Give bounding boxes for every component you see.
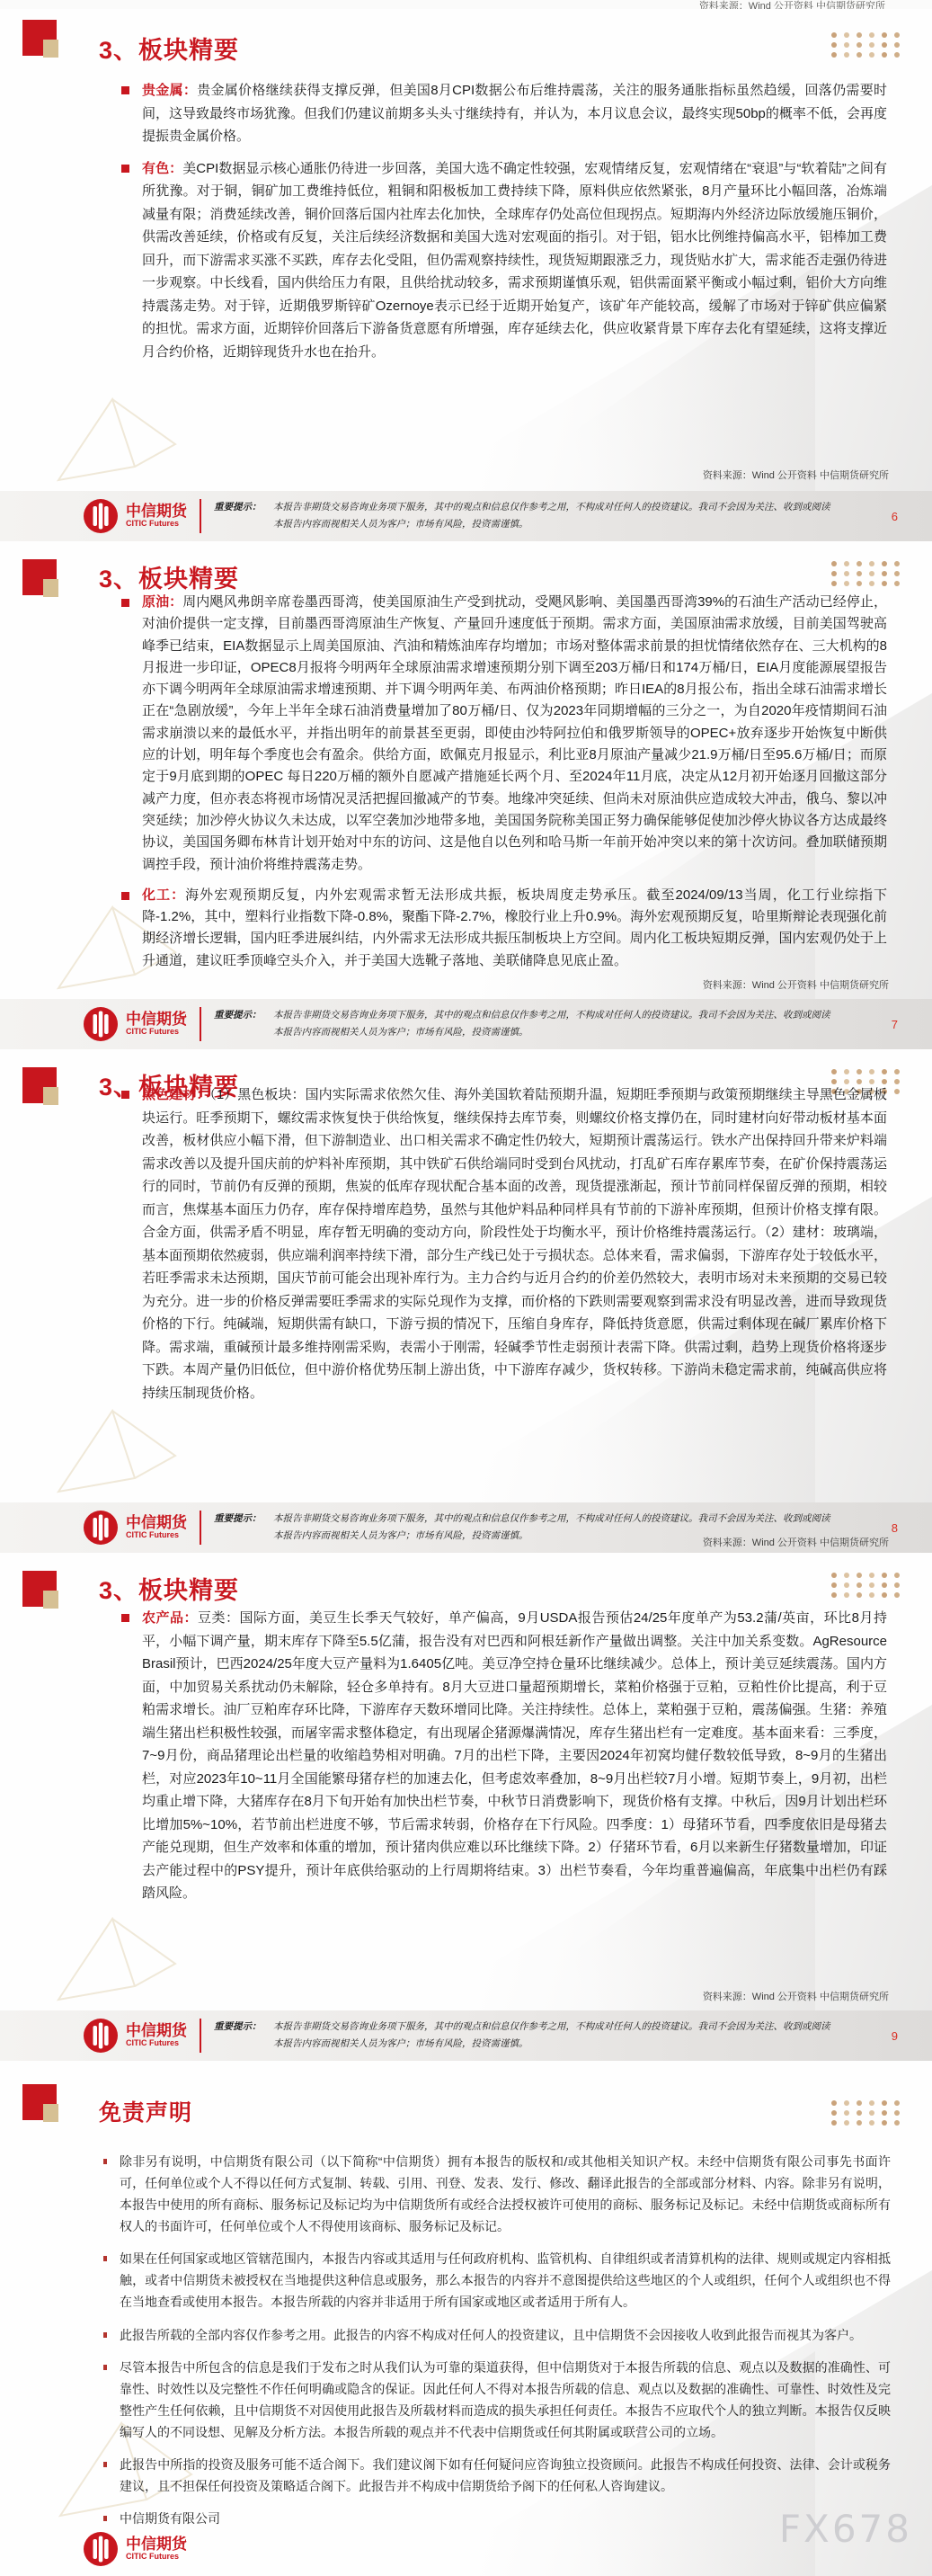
disclaimer-item: 中信期货有限公司	[99, 2508, 891, 2529]
source-note: 资料来源：Wind 公开资料 中信期货研究所	[699, 0, 885, 9]
disclaimer-item: 此报告所载的全部内容仅作参考之用。此报告的内容不构成对任何人的投资建议，且中信期…	[99, 2324, 891, 2346]
dots-decoration	[831, 561, 901, 587]
page-number: 9	[892, 2029, 898, 2043]
bullet-dot-icon	[103, 2462, 107, 2467]
disclaimer-item: 如果在任何国家或地区管辖范围内，本报告内容或其适用与任何政府机构、监管机构、自律…	[99, 2248, 891, 2313]
bullet-square-icon	[121, 599, 129, 607]
logo-text-en: CITIC Futures	[126, 1028, 187, 1036]
cropped-previous-slide-edge: 资料来源：Wind 公开资料 中信期货研究所	[0, 0, 932, 9]
citic-futures-logo: 中信期货 CITIC Futures	[83, 1006, 187, 1042]
disclaimer-item: 此报告中所指的投资及服务可能不适合阁下。我们建议阁下如有任何疑问应咨询独立投资顾…	[99, 2454, 891, 2497]
slide-sector-summary-energy: 3、板块精要 原油：周内飓风弗朗辛席卷墨西哥湾，使美国原油生产受到扰动，受飓风影…	[0, 548, 932, 1056]
logo-text-cn: 中信期货	[126, 1515, 187, 1531]
tan-square-decoration	[43, 579, 58, 597]
bullet-ferrous-building-materials: 黑色建材：（1）黑色板块：国内实际需求依然欠佳、海外美国软着陆预期升温，短期旺季…	[121, 1083, 887, 1404]
page-number: 6	[892, 510, 898, 523]
slide-body: 贵金属：贵金属价格继续获得支撑反弹，但美国8月CPI数据公布后维持震荡，关注的服…	[121, 79, 887, 372]
slide-sector-summary-metals: 3、板块精要 贵金属：贵金属价格继续获得支撑反弹，但美国8月CPI数据公布后维持…	[0, 9, 932, 548]
source-note: 资料来源：Wind 公开资料 中信期货研究所	[703, 468, 889, 482]
footer-divider	[200, 499, 201, 533]
bullet-dot-icon	[103, 2256, 107, 2261]
page-title: 3、板块精要	[99, 559, 239, 594]
dots-decoration	[831, 1573, 901, 1599]
disclaimer-item: 尽管本报告中所包含的信息是我们于发布之时从我们认为可靠的渠道获得，但中信期货对于…	[99, 2357, 891, 2443]
source-note: 资料来源：Wind 公开资料 中信期货研究所	[703, 1989, 889, 2003]
bullet-precious-metals: 贵金属：贵金属价格继续获得支撑反弹，但美国8月CPI数据公布后维持震荡，关注的服…	[121, 79, 887, 148]
slide-body: 原油：周内飓风弗朗辛席卷墨西哥湾，使美国原油生产受到扰动，受飓风影响、美国墨西哥…	[121, 592, 887, 981]
bullet-dot-icon	[103, 2159, 107, 2164]
footer-notice: 重要提示： 本报告非期货交易咨询业务项下服务，其中的观点和信息仅作参考之用，不构…	[214, 1007, 877, 1042]
citic-logo-icon	[83, 1510, 119, 1546]
tan-square-decoration	[43, 1591, 58, 1609]
dots-decoration	[831, 32, 901, 58]
bullet-dot-icon	[103, 2365, 107, 2370]
page-title: 3、板块精要	[99, 31, 239, 66]
logo-text-en: CITIC Futures	[126, 2039, 187, 2047]
citic-logo-icon	[83, 2018, 119, 2054]
bullet-agricultural-products: 农产品：豆类：国际方面，美豆生长季天气较好，单产偏高，9月USDA报告预估24/…	[121, 1607, 887, 1905]
slide-footer: 中信期货 CITIC Futures 重要提示： 本报告非期货交易咨询业务项下服…	[0, 2010, 932, 2061]
bullet-square-icon	[121, 1614, 129, 1622]
page-title: 3、板块精要	[99, 1571, 239, 1606]
tan-square-decoration	[43, 2104, 58, 2122]
bullet-square-icon	[121, 86, 129, 94]
fx678-watermark: FX678	[779, 2507, 912, 2551]
slide-body: 农产品：豆类：国际方面，美豆生长季天气较好，单产偏高，9月USDA报告预估24/…	[121, 1607, 887, 1914]
footer-notice: 重要提示： 本报告非期货交易咨询业务项下服务，其中的观点和信息仅作参考之用，不构…	[214, 499, 877, 534]
slide-footer: 中信期货 CITIC Futures 重要提示： 本报告非期货交易咨询业务项下服…	[0, 999, 932, 1049]
bullet-chemicals: 化工：海外宏观预期反复，内外宏观需求暂无法形成共振，板块周度走势承压。截至202…	[121, 885, 887, 972]
slide-footer: 中信期货 CITIC Futures 重要提示： 本报告非期货交易咨询业务项下服…	[0, 491, 932, 541]
logo-text-en: CITIC Futures	[126, 520, 187, 528]
origami-plane-decoration	[49, 1901, 184, 2009]
logo-text-cn: 中信期货	[126, 1012, 187, 1028]
logo-text-cn: 中信期货	[126, 504, 187, 520]
tan-square-decoration	[43, 40, 58, 58]
citic-futures-logo: 中信期货 CITIC Futures	[83, 2531, 187, 2567]
slide-sector-summary-ferrous: 3、板块精要 黑色建材：（1）黑色板块：国内实际需求依然欠佳、海外美国软着陆预期…	[0, 1056, 932, 1560]
dots-decoration	[831, 2100, 901, 2126]
citic-logo-icon	[83, 1006, 119, 1042]
slide-body: 黑色建材：（1）黑色板块：国内实际需求依然欠佳、海外美国软着陆预期升温，短期旺季…	[121, 1083, 887, 1413]
citic-logo-icon	[83, 498, 119, 534]
logo-text-en: CITIC Futures	[126, 2553, 187, 2561]
slide-sector-summary-agriculture: 3、板块精要 农产品：豆类：国际方面，美豆生长季天气较好，单产偏高，9月USDA…	[0, 1560, 932, 2068]
tan-square-decoration	[43, 1087, 58, 1105]
bullet-nonferrous: 有色：美CPI数据显示核心通胀仍待进一步回落，美国大选不确定性较强，宏观情绪反复…	[121, 157, 887, 364]
citic-futures-logo: 中信期货 CITIC Futures	[83, 1510, 187, 1546]
footer-divider	[200, 1007, 201, 1041]
page-number: 8	[892, 1521, 898, 1535]
footer-divider	[200, 2019, 201, 2053]
disclaimer-item: 除非另有说明，中信期货有限公司（以下简称“中信期货）拥有本报告的版权和/或其他相…	[99, 2151, 891, 2237]
slide-disclaimer: 免责声明 除非另有说明，中信期货有限公司（以下简称“中信期货）拥有本报告的版权和…	[0, 2068, 932, 2576]
bullet-dot-icon	[103, 2332, 107, 2338]
logo-text-cn: 中信期货	[126, 2536, 187, 2553]
report-page: 资料来源：Wind 公开资料 中信期货研究所 3、板块精要 贵金属：贵金属价格继…	[0, 0, 932, 2576]
bullet-dot-icon	[103, 2516, 107, 2521]
footer-notice: 重要提示： 本报告非期货交易咨询业务项下服务，其中的观点和信息仅作参考之用，不构…	[214, 2019, 877, 2054]
citic-futures-logo: 中信期货 CITIC Futures	[83, 498, 187, 534]
page-number: 7	[892, 1018, 898, 1031]
logo-text-en: CITIC Futures	[126, 1531, 187, 1539]
bullet-square-icon	[121, 892, 129, 900]
disclaimer-title: 免责声明	[99, 2095, 192, 2127]
citic-logo-icon	[83, 2531, 119, 2567]
source-note: 资料来源：Wind 公开资料 中信期货研究所	[703, 977, 889, 992]
bullet-square-icon	[121, 1091, 129, 1099]
origami-plane-decoration	[49, 381, 184, 489]
source-note: 资料来源：Wind 公开资料 中信期货研究所	[703, 1535, 889, 1549]
logo-text-cn: 中信期货	[126, 2023, 187, 2039]
bullet-crude-oil: 原油：周内飓风弗朗辛席卷墨西哥湾，使美国原油生产受到扰动，受飓风影响、美国墨西哥…	[121, 592, 887, 876]
disclaimer-body: 除非另有说明，中信期货有限公司（以下简称“中信期货）拥有本报告的版权和/或其他相…	[99, 2151, 891, 2540]
citic-futures-logo: 中信期货 CITIC Futures	[83, 2018, 187, 2054]
bullet-square-icon	[121, 165, 129, 173]
footer-divider	[200, 1511, 201, 1545]
